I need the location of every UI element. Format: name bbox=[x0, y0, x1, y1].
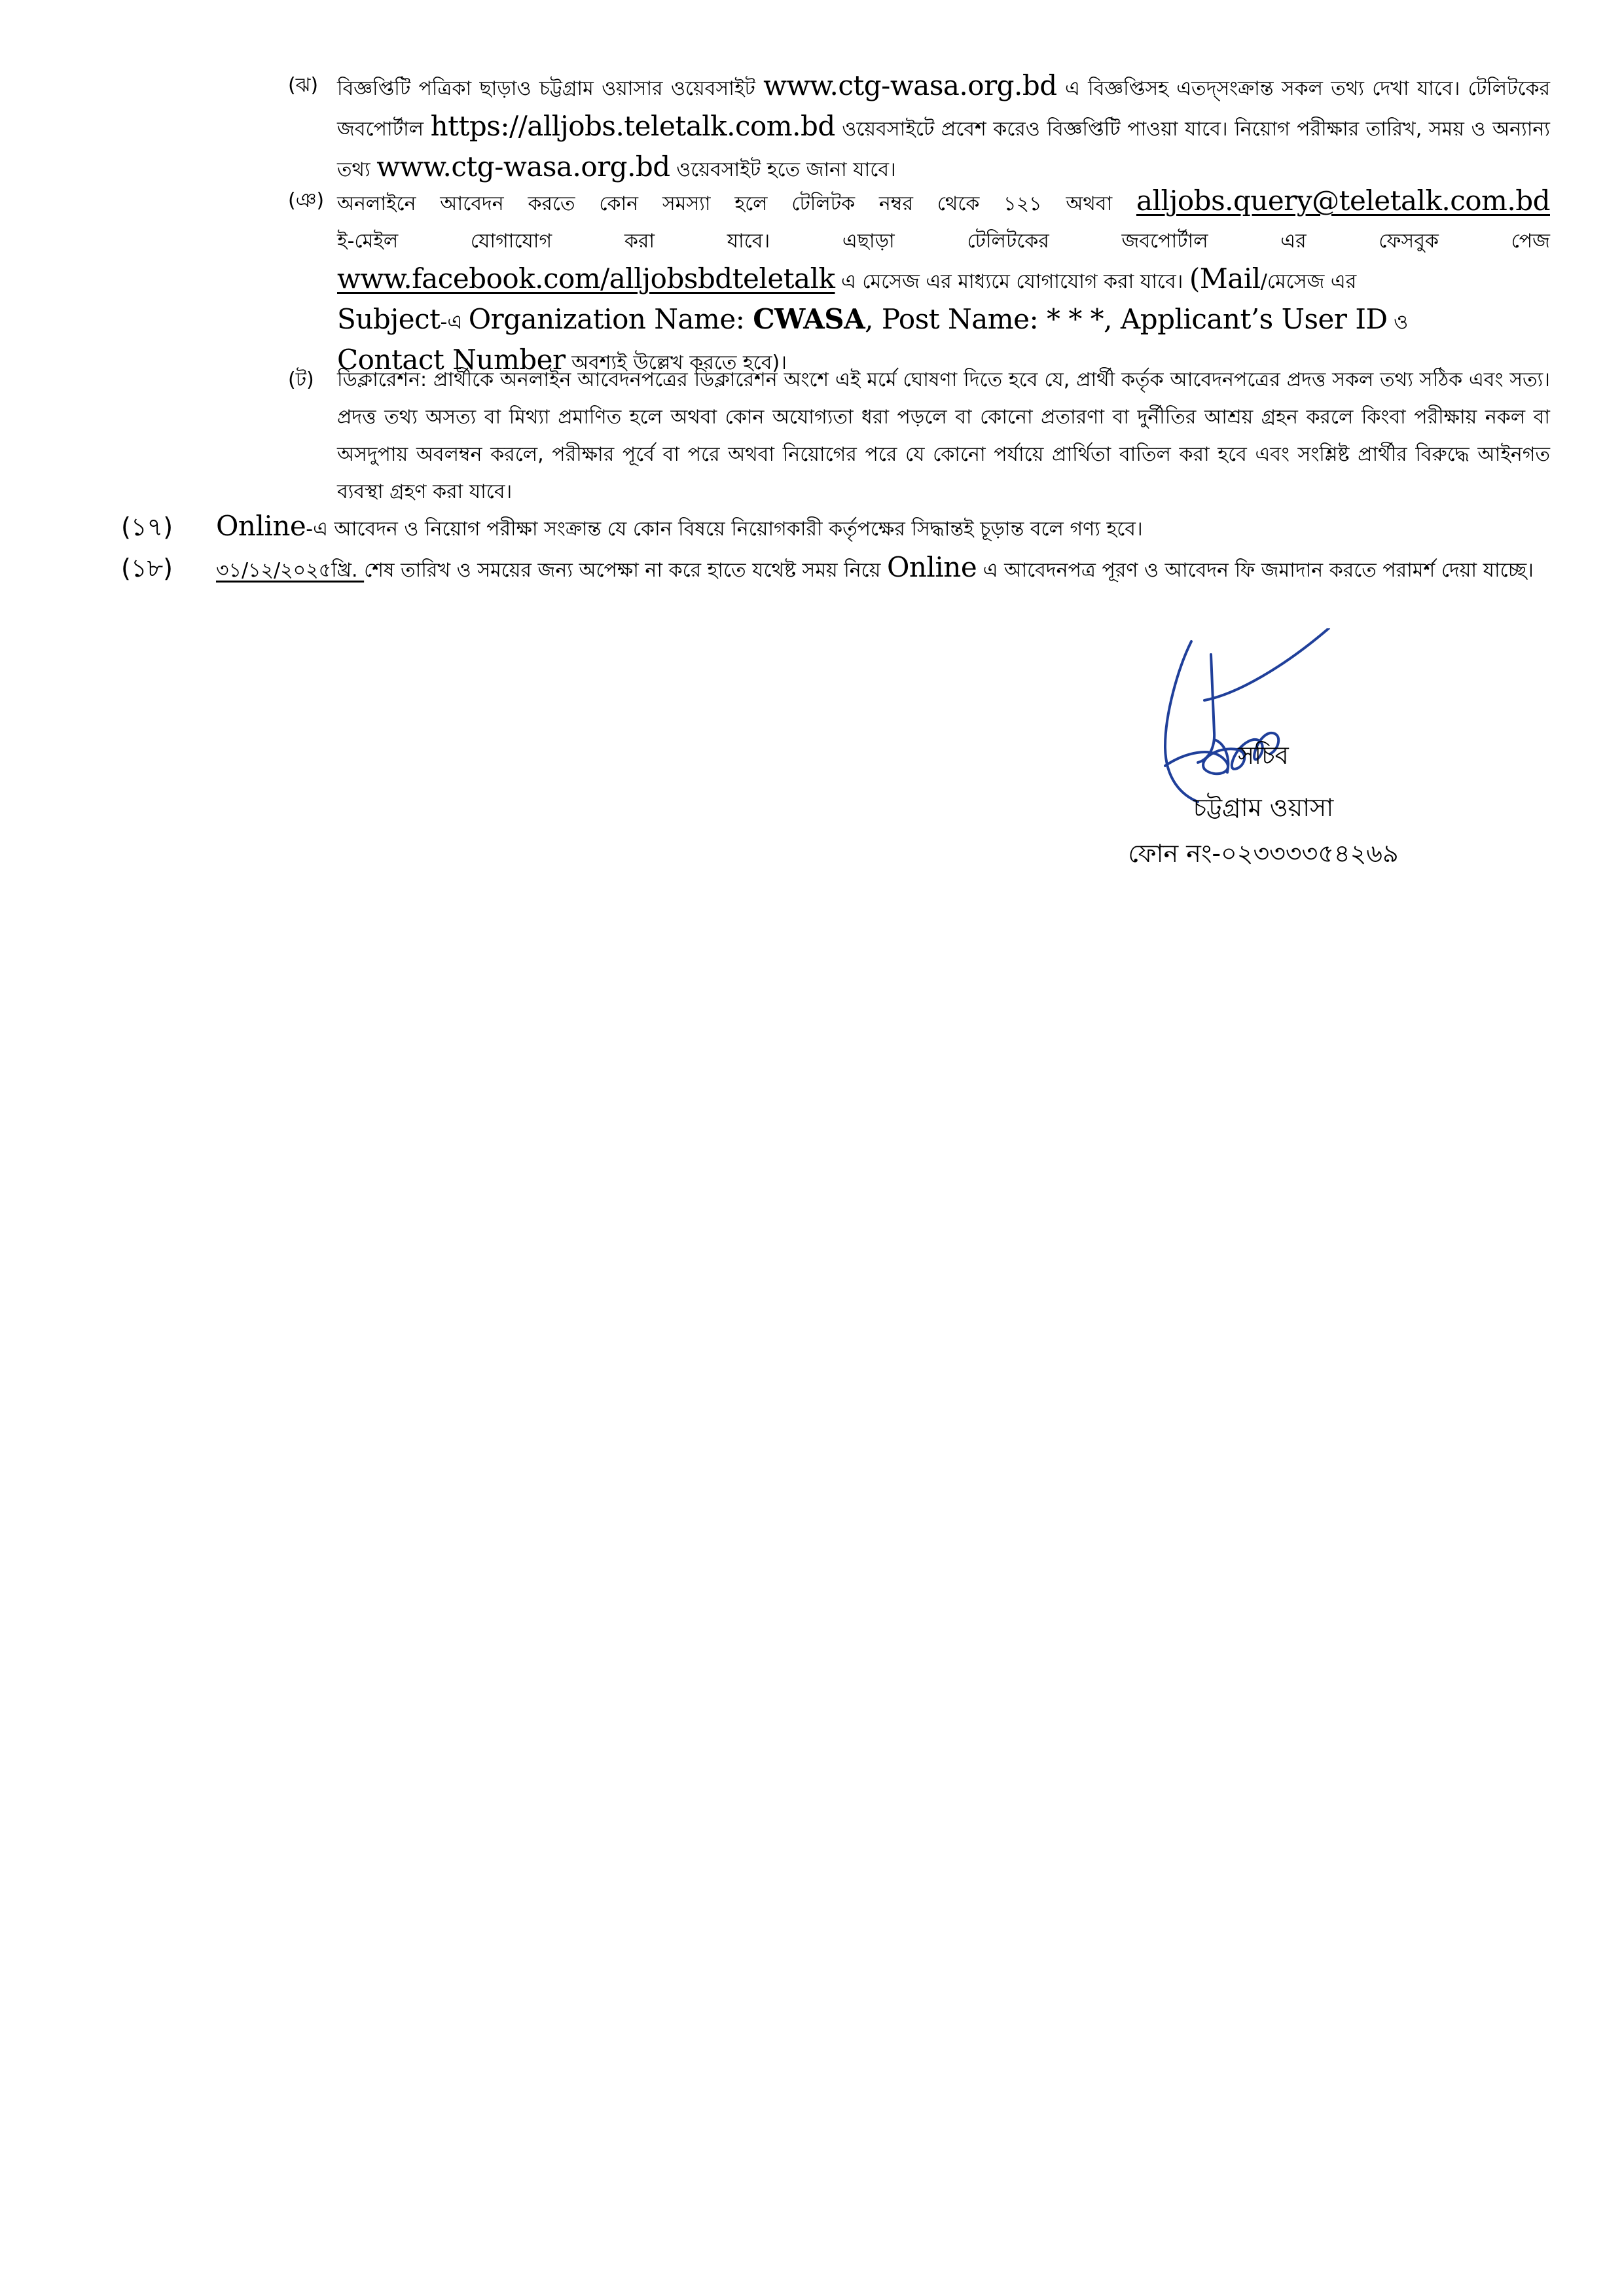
text: /মেসেজ এর bbox=[1261, 270, 1357, 293]
item-18: (১৮) ৩১/১২/২০২৫খ্রি. শেষ তারিখ ও সময়ের … bbox=[121, 548, 1551, 589]
text: Subject bbox=[337, 303, 441, 335]
item-label: (১৭) bbox=[121, 507, 173, 547]
item-body: অনলাইনে আবেদন করতে কোন সমস্যা হলে টেলিটক… bbox=[337, 182, 1550, 382]
line: Subject-এ Organization Name: CWASA, Post… bbox=[337, 300, 1550, 341]
facebook-link[interactable]: www.facebook.com/alljobsbdteletalk bbox=[337, 262, 835, 295]
text: , Post Name: * * *, Applicant’s User ID bbox=[865, 303, 1387, 335]
subitem-tta: (ট) ডিক্লারেশন: প্রার্থীকে অনলাইন আবেদনপ… bbox=[288, 361, 1550, 511]
item-body: বিজ্ঞপ্তিটি পত্রিকা ছাড়াও চট্টগ্রাম ওয়… bbox=[337, 67, 1550, 188]
text: ওয়েবসাইট হতে জানা যাবে। bbox=[670, 158, 896, 181]
subitem-nya: (ঞ) অনলাইনে আবেদন করতে কোন সমস্যা হলে টে… bbox=[288, 182, 1550, 382]
alljobs-link[interactable]: https://alljobs.teletalk.com.bd bbox=[431, 110, 835, 142]
item-label: (১৮) bbox=[121, 548, 173, 588]
item-label: (ঝ) bbox=[288, 67, 318, 104]
text: Online bbox=[216, 510, 306, 542]
line: অনলাইনে আবেদন করতে কোন সমস্যা হলে টেলিটক… bbox=[337, 182, 1550, 223]
subitem-jha: (ঝ) বিজ্ঞপ্তিটি পত্রিকা ছাড়াও চট্টগ্রাম… bbox=[288, 67, 1550, 188]
item-label: (ট) bbox=[288, 361, 314, 399]
text: শেষ তারিখ ও সময়ের জন্য অপেক্ষা না করে হ… bbox=[364, 559, 887, 582]
website-link[interactable]: www.ctg-wasa.org.bd bbox=[763, 69, 1057, 101]
deadline-date: ৩১/১২/২০২৫খ্রি. bbox=[216, 559, 364, 582]
signatory-org: চট্টগ্রাম ওয়াসা bbox=[1080, 789, 1447, 831]
text: ও bbox=[1388, 311, 1409, 334]
text: Online bbox=[887, 551, 977, 583]
item-17: (১৭) Online-এ আবেদন ও নিয়োগ পরীক্ষা সংক… bbox=[121, 507, 1551, 548]
item-label: (ঞ) bbox=[288, 182, 324, 219]
text: বিজ্ঞপ্তিটি পত্রিকা ছাড়াও চট্টগ্রাম ওয়… bbox=[337, 77, 763, 100]
website-link-2[interactable]: www.ctg-wasa.org.bd bbox=[376, 151, 670, 183]
text: -এ আবেদন ও নিয়োগ পরীক্ষা সংক্রান্ত যে ক… bbox=[306, 518, 1142, 541]
line: ই-মেইল যোগাযোগ করা যাবে। এছাড়া টেলিটকের… bbox=[337, 223, 1550, 260]
text: -এ bbox=[441, 311, 469, 334]
org-name: CWASA bbox=[753, 303, 865, 335]
email-link[interactable]: alljobs.query@teletalk.com.bd bbox=[1136, 185, 1550, 217]
text: এ মেসেজ এর মাধ্যমে যোগাযোগ করা যাবে। bbox=[835, 270, 1189, 293]
text: এ আবেদনপত্র পূরণ ও আবেদন ফি জমাদান করতে … bbox=[977, 559, 1534, 582]
item-body: ডিক্লারেশন: প্রার্থীকে অনলাইন আবেদনপত্রে… bbox=[337, 361, 1550, 511]
text: Organization Name: bbox=[469, 303, 753, 335]
item-body: ৩১/১২/২০২৫খ্রি. শেষ তারিখ ও সময়ের জন্য … bbox=[216, 548, 1551, 589]
text: অনলাইনে আবেদন করতে কোন সমস্যা হলে টেলিটক… bbox=[337, 192, 1136, 215]
signatory-phone: ফোন নং-০২৩৩৩৩৫৪২৬৯ bbox=[1080, 834, 1447, 876]
item-body: Online-এ আবেদন ও নিয়োগ পরীক্ষা সংক্রান্… bbox=[216, 507, 1551, 548]
line: www.facebook.com/alljobsbdteletalk এ মেস… bbox=[337, 260, 1550, 300]
text: (Mail bbox=[1189, 262, 1261, 295]
notice-page: (ঝ) বিজ্ঞপ্তিটি পত্রিকা ছাড়াও চট্টগ্রাম… bbox=[0, 0, 1624, 2296]
signatory-title: সচিব bbox=[1080, 736, 1447, 778]
